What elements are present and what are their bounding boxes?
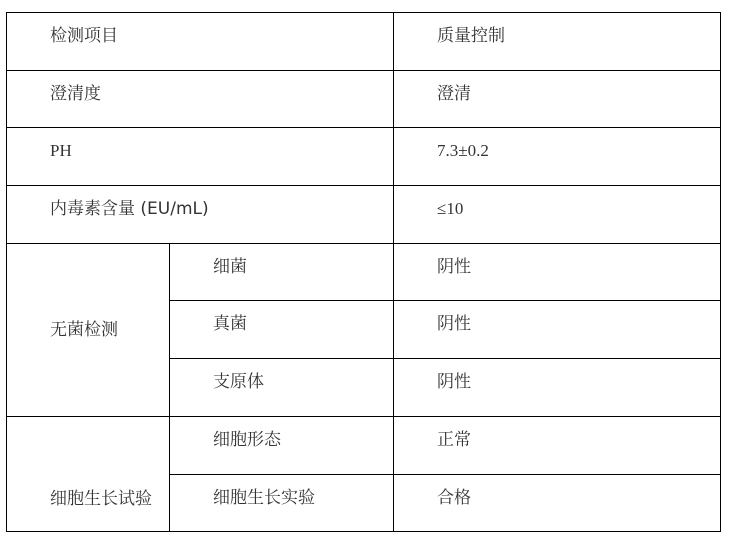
sub-item-cell: 细菌 [170, 244, 394, 301]
sub-item-label: 支原体 [170, 359, 393, 392]
sub-item-label: 真菌 [170, 301, 393, 334]
item-cell: 澄清度 [7, 71, 394, 128]
sub-item-cell: 真菌 [170, 301, 394, 359]
header-item-label: 检测项目 [7, 13, 393, 46]
sub-item-label: 细胞形态 [170, 417, 393, 450]
group-label-cell: 细胞生长试验 [7, 417, 170, 532]
sub-item-cell: 支原体 [170, 359, 394, 417]
item-label: 澄清度 [7, 71, 393, 104]
table-row: 澄清度 澄清 [7, 71, 721, 128]
sub-item-cell: 细胞形态 [170, 417, 394, 475]
item-label: PH [7, 128, 393, 161]
qc-cell: 合格 [394, 475, 721, 532]
header-qc-cell: 质量控制 [394, 13, 721, 71]
qc-cell: 澄清 [394, 71, 721, 128]
qc-value: ≤10 [394, 186, 720, 219]
qc-cell: 阴性 [394, 244, 721, 301]
qc-cell: 阴性 [394, 301, 721, 359]
sub-item-cell: 细胞生长实验 [170, 475, 394, 532]
header-item-cell: 检测项目 [7, 13, 394, 71]
table-row: 内毒素含量 (EU/mL) ≤10 [7, 186, 721, 244]
table-row: 细胞生长试验 细胞形态 正常 [7, 417, 721, 475]
table-row: 无菌检测 细菌 阴性 [7, 244, 721, 301]
qc-value: 澄清 [394, 71, 720, 104]
item-cell: PH [7, 128, 394, 186]
qc-value: 阴性 [394, 244, 720, 277]
header-qc-label: 质量控制 [394, 13, 720, 46]
group-label: 无菌检测 [7, 320, 169, 340]
sub-item-label: 细胞生长实验 [170, 475, 393, 508]
qc-value: 阴性 [394, 359, 720, 392]
quality-control-table: 检测项目 质量控制 澄清度 澄清 PH 7.3±0.2 内毒素含量 (EU/ [6, 12, 721, 532]
qc-cell: 阴性 [394, 359, 721, 417]
qc-value: 合格 [394, 475, 720, 508]
group-label-cell: 无菌检测 [7, 244, 170, 417]
sub-item-label: 细菌 [170, 244, 393, 277]
qc-value: 阴性 [394, 301, 720, 334]
table-row: PH 7.3±0.2 [7, 128, 721, 186]
qc-cell: 7.3±0.2 [394, 128, 721, 186]
table-header-row: 检测项目 质量控制 [7, 13, 721, 71]
group-label: 细胞生长试验 [7, 489, 169, 531]
qc-cell: 正常 [394, 417, 721, 475]
qc-value: 正常 [394, 417, 720, 450]
item-label: 内毒素含量 (EU/mL) [7, 186, 393, 219]
qc-cell: ≤10 [394, 186, 721, 244]
item-cell: 内毒素含量 (EU/mL) [7, 186, 394, 244]
qc-value: 7.3±0.2 [394, 128, 720, 161]
